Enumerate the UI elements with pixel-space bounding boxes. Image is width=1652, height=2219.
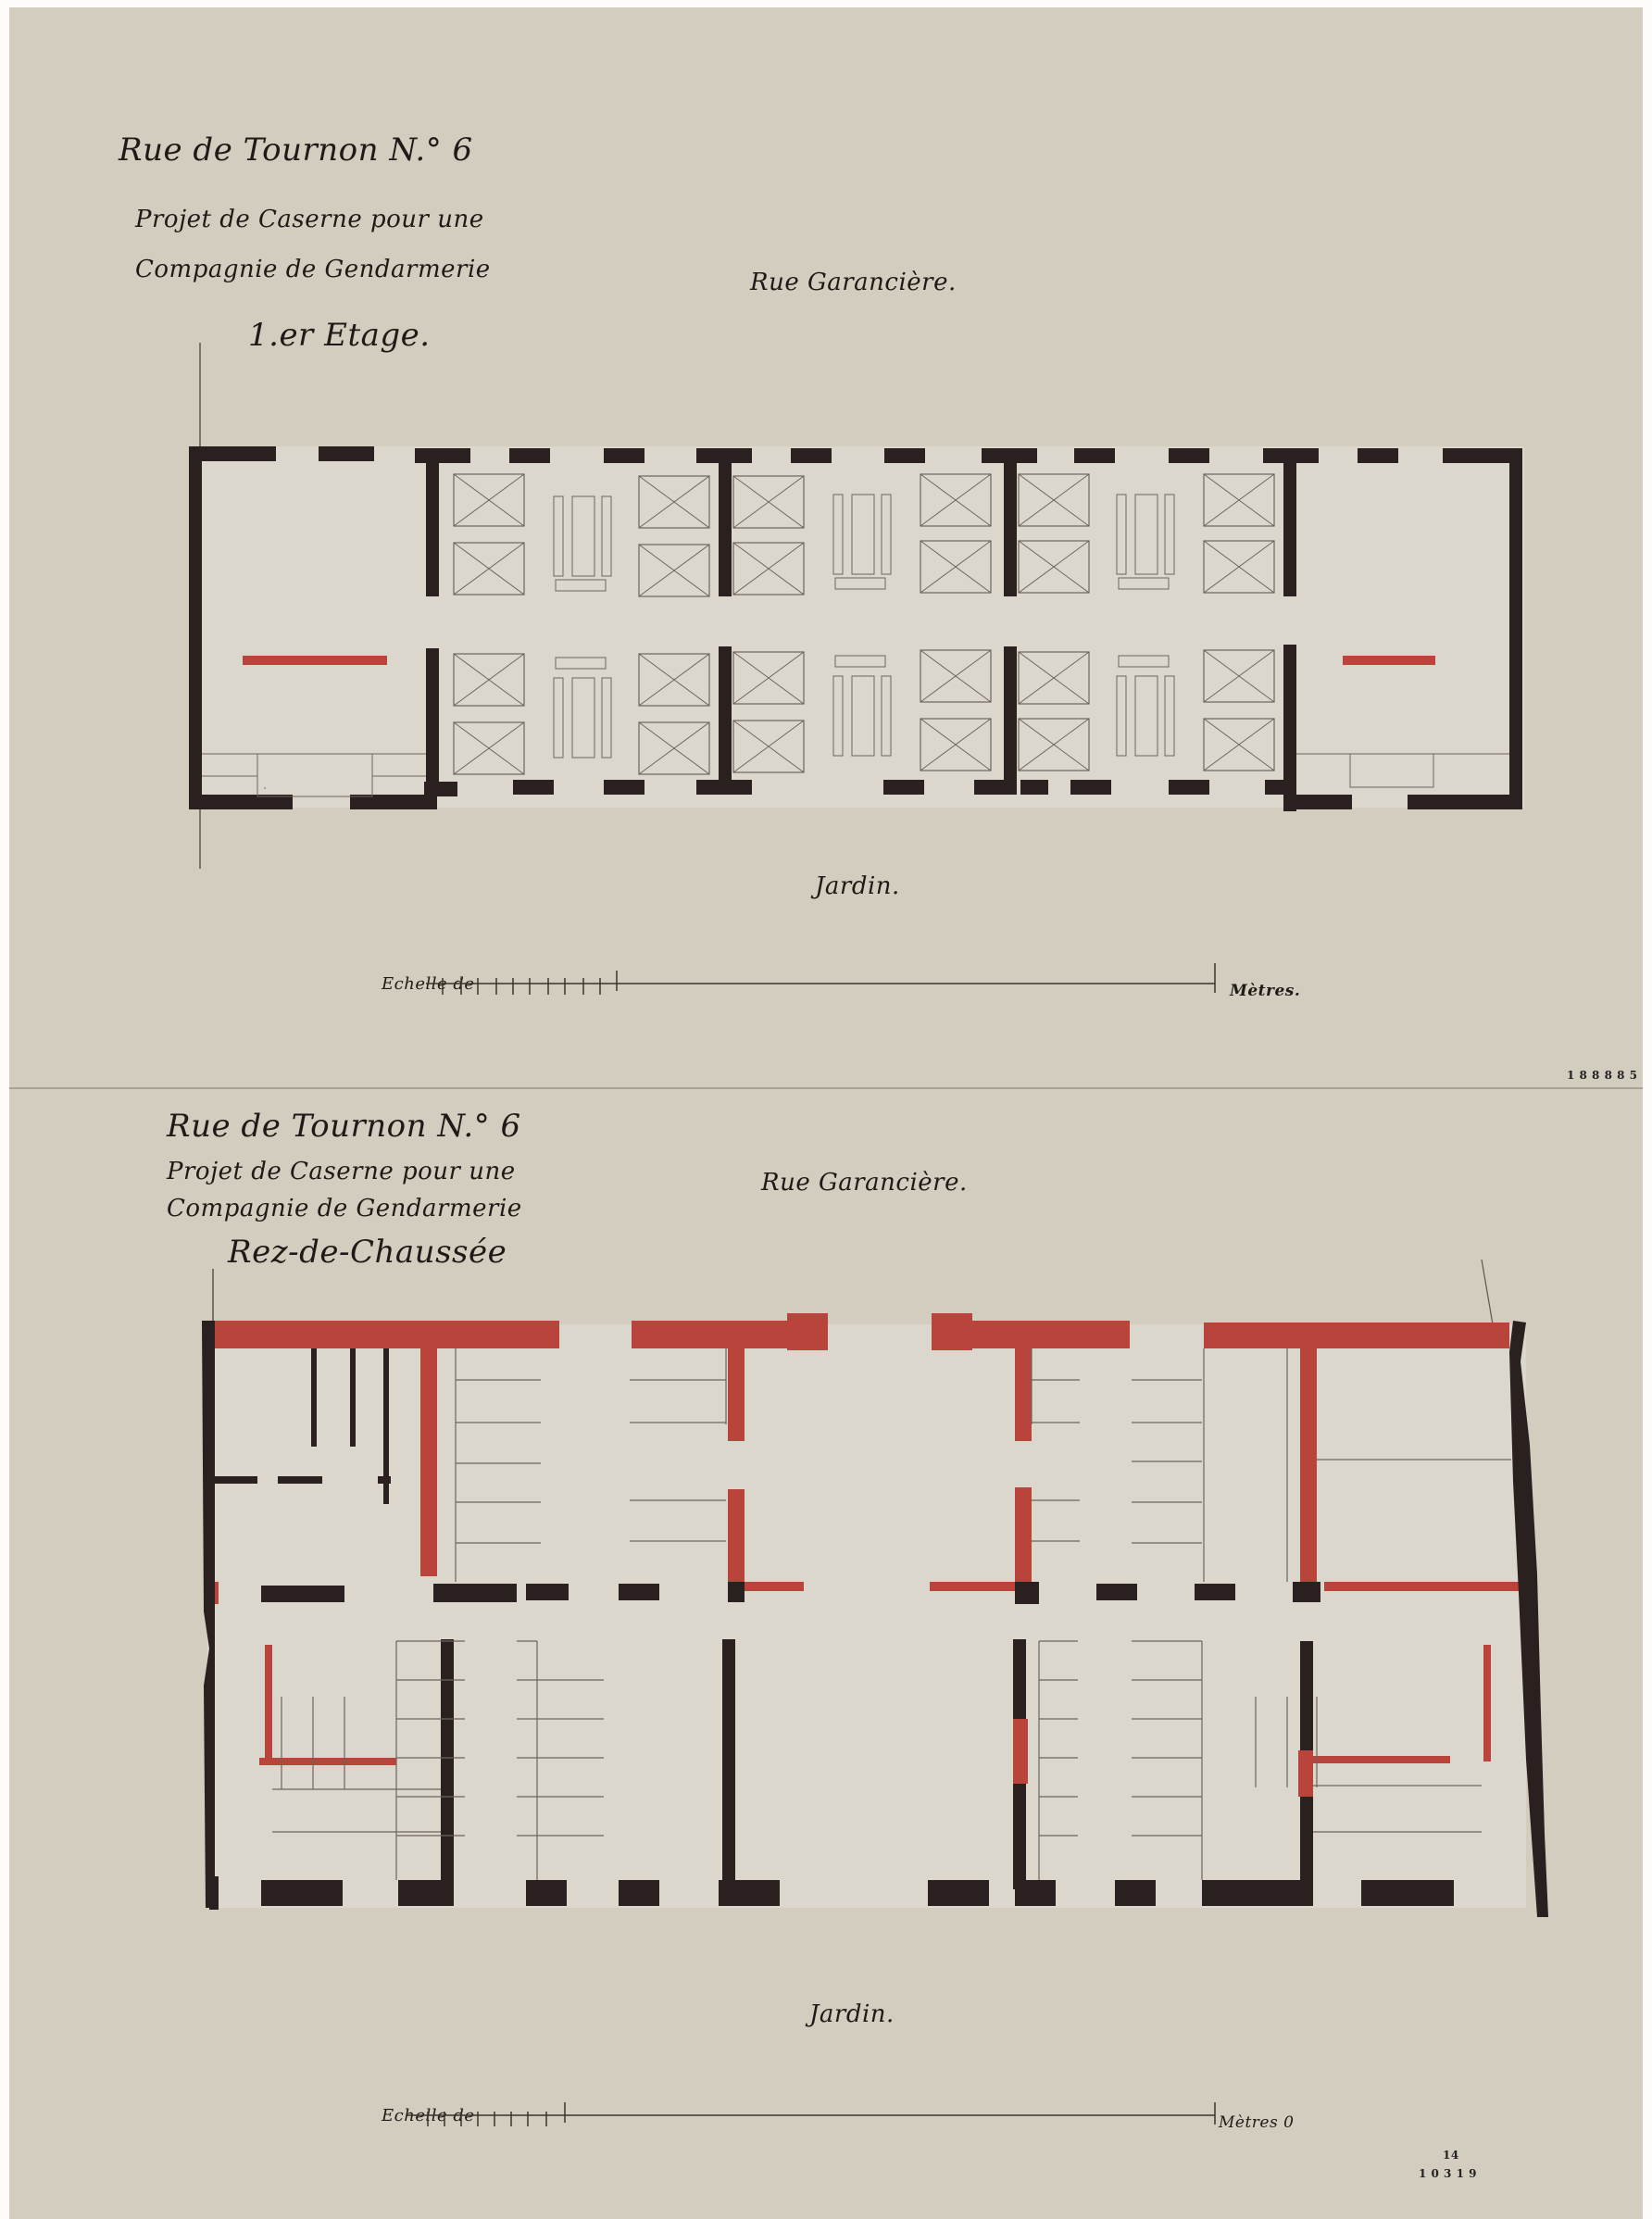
floor-plans-drawing [0, 0, 1652, 2219]
lower-floor-plan [202, 1313, 1548, 1917]
lower-scale-bar [407, 2102, 1215, 2126]
upper-floor-plan [189, 446, 1524, 811]
upper-scale-bar [426, 963, 1215, 995]
